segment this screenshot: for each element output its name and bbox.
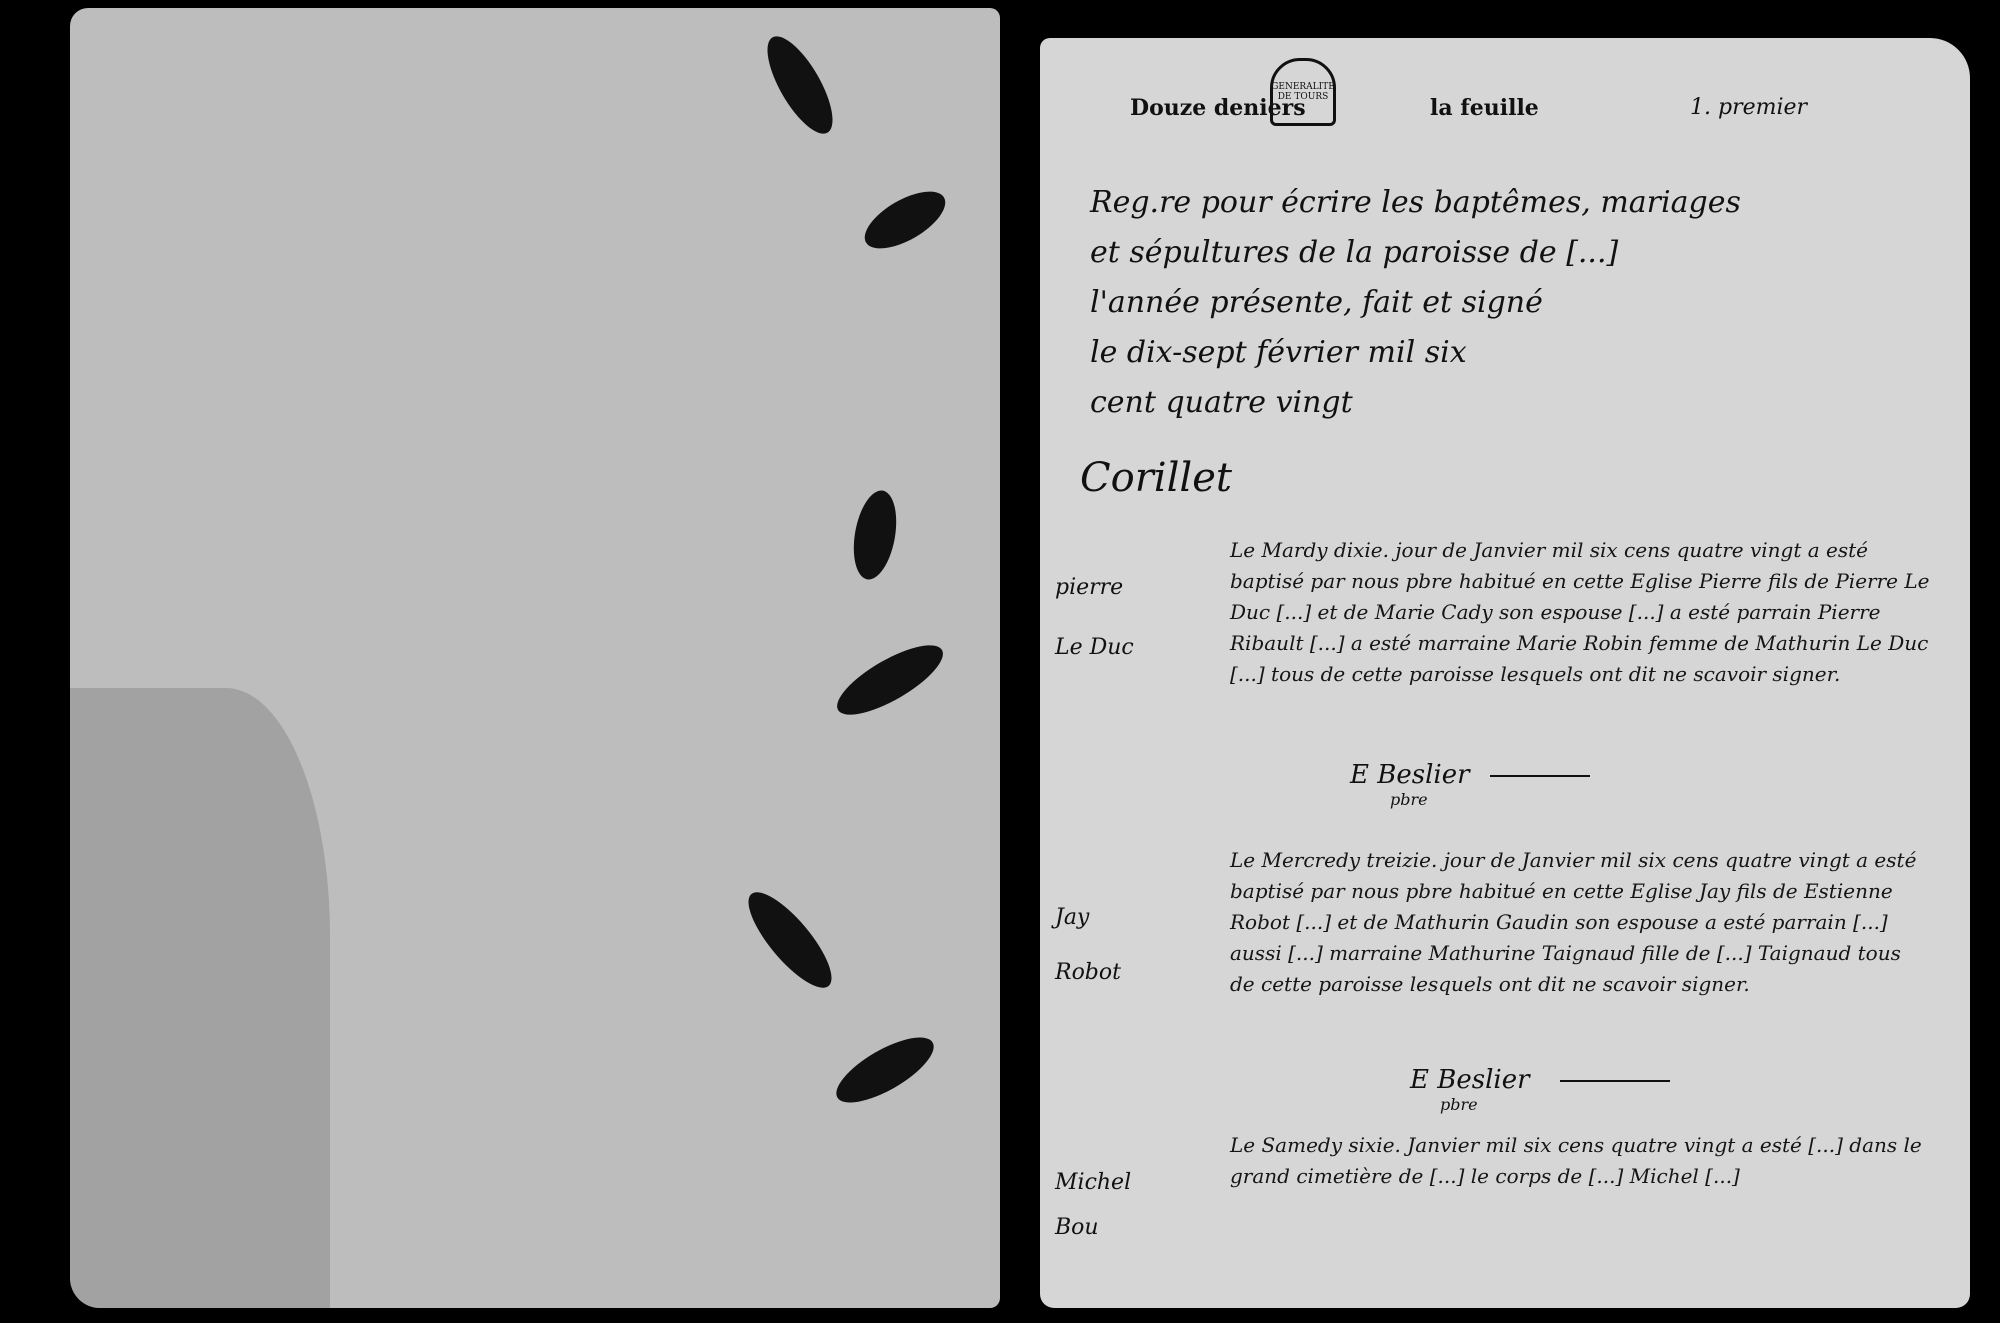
signature-title: pbre [1390, 790, 1428, 809]
left-page-verso [70, 8, 1000, 1308]
signature-flourish [1560, 1080, 1670, 1082]
folio-label: 1. premier [1690, 95, 1807, 120]
priest-signature: E Beslier [1410, 1065, 1530, 1095]
margin-name: Le Duc [1055, 635, 1134, 660]
title-line: l'année présente, fait et signé [1090, 285, 1543, 320]
baptism-entry: Le Mercredy treizie. jour de Janvier mil… [1230, 845, 1930, 1000]
margin-name: pierre [1055, 575, 1123, 600]
margin-name: Jay [1055, 905, 1089, 930]
baptism-entry: Le Mardy dixie. jour de Janvier mil six … [1230, 535, 1930, 690]
title-line: Reg.re pour écrire les baptêmes, mariage… [1090, 185, 1741, 220]
page-header: Douze deniers la feuille 1. premier [1130, 95, 1930, 135]
unit-label: la feuille [1430, 95, 1539, 121]
title-line: le dix-sept février mil six [1090, 335, 1467, 370]
margin-name: Bou [1055, 1215, 1099, 1240]
signature-title: pbre [1440, 1095, 1478, 1114]
title-line: cent quatre vingt [1090, 385, 1353, 420]
title-line: et sépultures de la paroisse de [...] [1090, 235, 1618, 270]
tax-stamp: GENERALITE DE TOURS [1270, 58, 1336, 126]
margin-name: Robot [1055, 960, 1121, 985]
signature-flourish [1490, 775, 1590, 777]
title-signature: Corillet [1080, 455, 1232, 501]
margin-name: Michel [1055, 1170, 1131, 1195]
priest-signature: E Beslier [1350, 760, 1470, 790]
burial-entry: Le Samedy sixie. Janvier mil six cens qu… [1230, 1130, 1930, 1192]
